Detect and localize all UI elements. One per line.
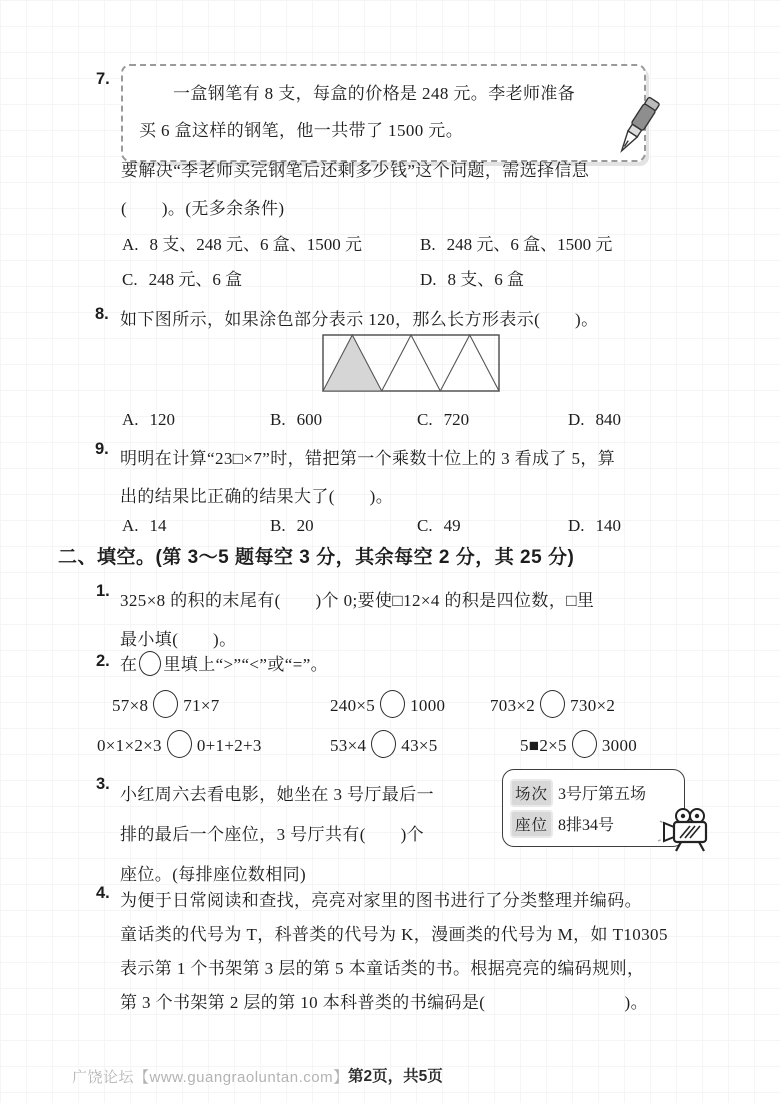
page-number: 第2页，共5页: [348, 1064, 443, 1086]
option-label: C.: [417, 410, 433, 429]
compare-item: 53×443×5: [330, 730, 438, 758]
option-label: A.: [122, 516, 139, 535]
q8-option-c: C.720: [417, 402, 568, 437]
ticket-row-session: 场次 3号厅第五场: [512, 777, 676, 808]
movie-ticket-box: 场次 3号厅第五场 座位 8排34号: [502, 769, 685, 847]
ticket-label: 座位: [512, 812, 551, 836]
compare-item: 703×2730×2: [490, 690, 615, 718]
ticket-value: 8排34号: [558, 812, 614, 835]
q7-option-b: B.248 元、6 盒、1500 元: [420, 227, 682, 262]
fill3-line2: 排的最后一个座位，3 号厅共有( )个: [120, 815, 498, 855]
ticket-value: 3号厅第五场: [558, 781, 646, 804]
exam-page: 7. 一盒钢笔有 8 支，每盒的价格是 248 元。李老师准备 买 6 盒这样的…: [0, 0, 780, 1103]
option-text: 20: [297, 516, 314, 535]
site-watermark: 广饶论坛【www.guangraoluntan.com】: [72, 1066, 349, 1087]
fill3-line1: 小红周六去看电影，她坐在 3 号厅最后一: [120, 775, 498, 815]
fill4-text: 为便于日常阅读和查找，亮亮对家里的图书进行了分类整理并编码。 童话类的代号为 T…: [120, 884, 688, 1020]
q7-info-box: 一盒钢笔有 8 支，每盒的价格是 248 元。李老师准备 买 6 盒这样的钢笔，…: [121, 64, 646, 162]
option-text: 140: [596, 516, 622, 535]
option-text: 120: [150, 410, 176, 429]
q9-option-c: C.49: [417, 508, 568, 543]
option-label: D.: [420, 270, 437, 289]
option-text: 248 元、6 盒、1500 元: [447, 235, 613, 254]
comparison-circle: [572, 730, 597, 758]
option-label: B.: [420, 235, 436, 254]
compare-item: 57×871×7: [112, 690, 220, 718]
option-label: A.: [122, 410, 139, 429]
option-text: 8 支、6 盒: [448, 270, 525, 289]
comparison-circle: [380, 690, 405, 718]
option-label: A.: [122, 235, 139, 254]
q7-stem-line2: ( )。(无多余条件): [121, 190, 683, 228]
q9-option-b: B.20: [270, 508, 417, 543]
fill4-line4: 第 3 个书架第 2 层的第 10 本科普类的书编码是( )。: [120, 986, 688, 1020]
compare-item: 0×1×2×30+1+2+3: [97, 730, 262, 758]
q7-stem-line1: 要解决“李老师买完钢笔后还剩多少钱”这个问题，需选择信息: [121, 152, 683, 190]
film-projector-icon: [650, 807, 710, 860]
q9-option-d: D.140: [568, 508, 682, 543]
comparison-circle: [540, 690, 565, 718]
fill4-line1: 为便于日常阅读和查找，亮亮对家里的图书进行了分类整理并编码。: [120, 884, 688, 918]
fill2-number: 2.: [96, 652, 110, 671]
q8-option-d: D.840: [568, 402, 682, 437]
q7-box-line2: 买 6 盒这样的钢笔，他一共带了 1500 元。: [139, 112, 628, 149]
compare-item: 240×51000: [330, 690, 445, 718]
q8-stem: 如下图所示，如果涂色部分表示 120，那么长方形表示( )。: [120, 305, 685, 330]
fill2-intro-post: 里填上“>”“<”或“=”。: [163, 655, 328, 674]
q9-number: 9.: [95, 440, 109, 459]
option-label: C.: [417, 516, 433, 535]
section2-title: 二、填空。(第 3～5 题每空 3 分，其余每空 2 分，其 25 分): [58, 542, 574, 569]
q7-stem: 要解决“李老师买完钢笔后还剩多少钱”这个问题，需选择信息 ( )。(无多余条件): [121, 152, 683, 227]
compare-item: 5■2×53000: [520, 730, 637, 758]
comparison-circle: [153, 690, 178, 718]
option-label: C.: [122, 270, 138, 289]
blank-circle: [139, 651, 161, 676]
q9-stem-line1: 明明在计算“23□×7”时，错把第一个乘数十位上的 3 看成了 5，算: [120, 440, 685, 478]
fill4-number: 4.: [96, 884, 110, 903]
q7-options: A.8 支、248 元、6 盒、1500 元 B.248 元、6 盒、1500 …: [122, 227, 682, 297]
comparison-circle: [371, 730, 396, 758]
q9-options: A.14 B.20 C.49 D.140: [122, 508, 682, 543]
option-label: B.: [270, 410, 286, 429]
q8-triangle-figure: [322, 334, 500, 397]
fill3-number: 3.: [96, 775, 110, 794]
q8-number: 8.: [95, 305, 109, 324]
option-text: 840: [596, 410, 622, 429]
fill4-line2: 童话类的代号为 T，科普类的代号为 K，漫画类的代号为 M，如 T10305: [120, 918, 688, 952]
fill2-compare-row1: 57×871×7 240×51000 703×2730×2: [97, 690, 697, 726]
q8-option-b: B.600: [270, 402, 417, 437]
fill3-text: 小红周六去看电影，她坐在 3 号厅最后一 排的最后一个座位，3 号厅共有( )个…: [120, 775, 498, 895]
option-label: D.: [568, 410, 585, 429]
q7-option-d: D.8 支、6 盒: [420, 262, 682, 297]
q7-box-line1: 一盒钢笔有 8 支，每盒的价格是 248 元。李老师准备: [139, 75, 628, 112]
option-text: 49: [444, 516, 461, 535]
fill1-number: 1.: [96, 582, 110, 601]
fill2-compare-row2: 0×1×2×30+1+2+3 53×443×5 5■2×53000: [97, 730, 697, 766]
ticket-label: 场次: [512, 781, 551, 805]
option-label: D.: [568, 516, 585, 535]
shaded-triangle: [323, 335, 382, 391]
fill1-text: 325×8 的积的末尾有( )个 0;要使□12×4 的积是四位数，□里 最小填…: [120, 582, 685, 659]
fill1-line1: 325×8 的积的末尾有( )个 0;要使□12×4 的积是四位数，□里: [120, 582, 685, 621]
q9-stem: 明明在计算“23□×7”时，错把第一个乘数十位上的 3 看成了 5，算 出的结果…: [120, 440, 685, 515]
fill2-intro: 在里填上“>”“<”或“=”。: [120, 650, 328, 676]
option-text: 720: [444, 410, 470, 429]
q9-option-a: A.14: [122, 508, 270, 543]
option-text: 248 元、6 盒: [149, 270, 243, 289]
fill2-intro-pre: 在: [120, 655, 137, 674]
option-text: 600: [297, 410, 323, 429]
q7-option-c: C.248 元、6 盒: [122, 262, 420, 297]
option-text: 14: [150, 516, 167, 535]
q7-number: 7.: [96, 70, 110, 89]
option-text: 8 支、248 元、6 盒、1500 元: [150, 235, 363, 254]
option-label: B.: [270, 516, 286, 535]
fill4-line3: 表示第 1 个书架第 3 层的第 5 本童话类的书。根据亮亮的编码规则，: [120, 952, 688, 986]
q8-options: A.120 B.600 C.720 D.840: [122, 402, 682, 437]
comparison-circle: [167, 730, 192, 758]
q8-option-a: A.120: [122, 402, 270, 437]
q7-option-a: A.8 支、248 元、6 盒、1500 元: [122, 227, 420, 262]
